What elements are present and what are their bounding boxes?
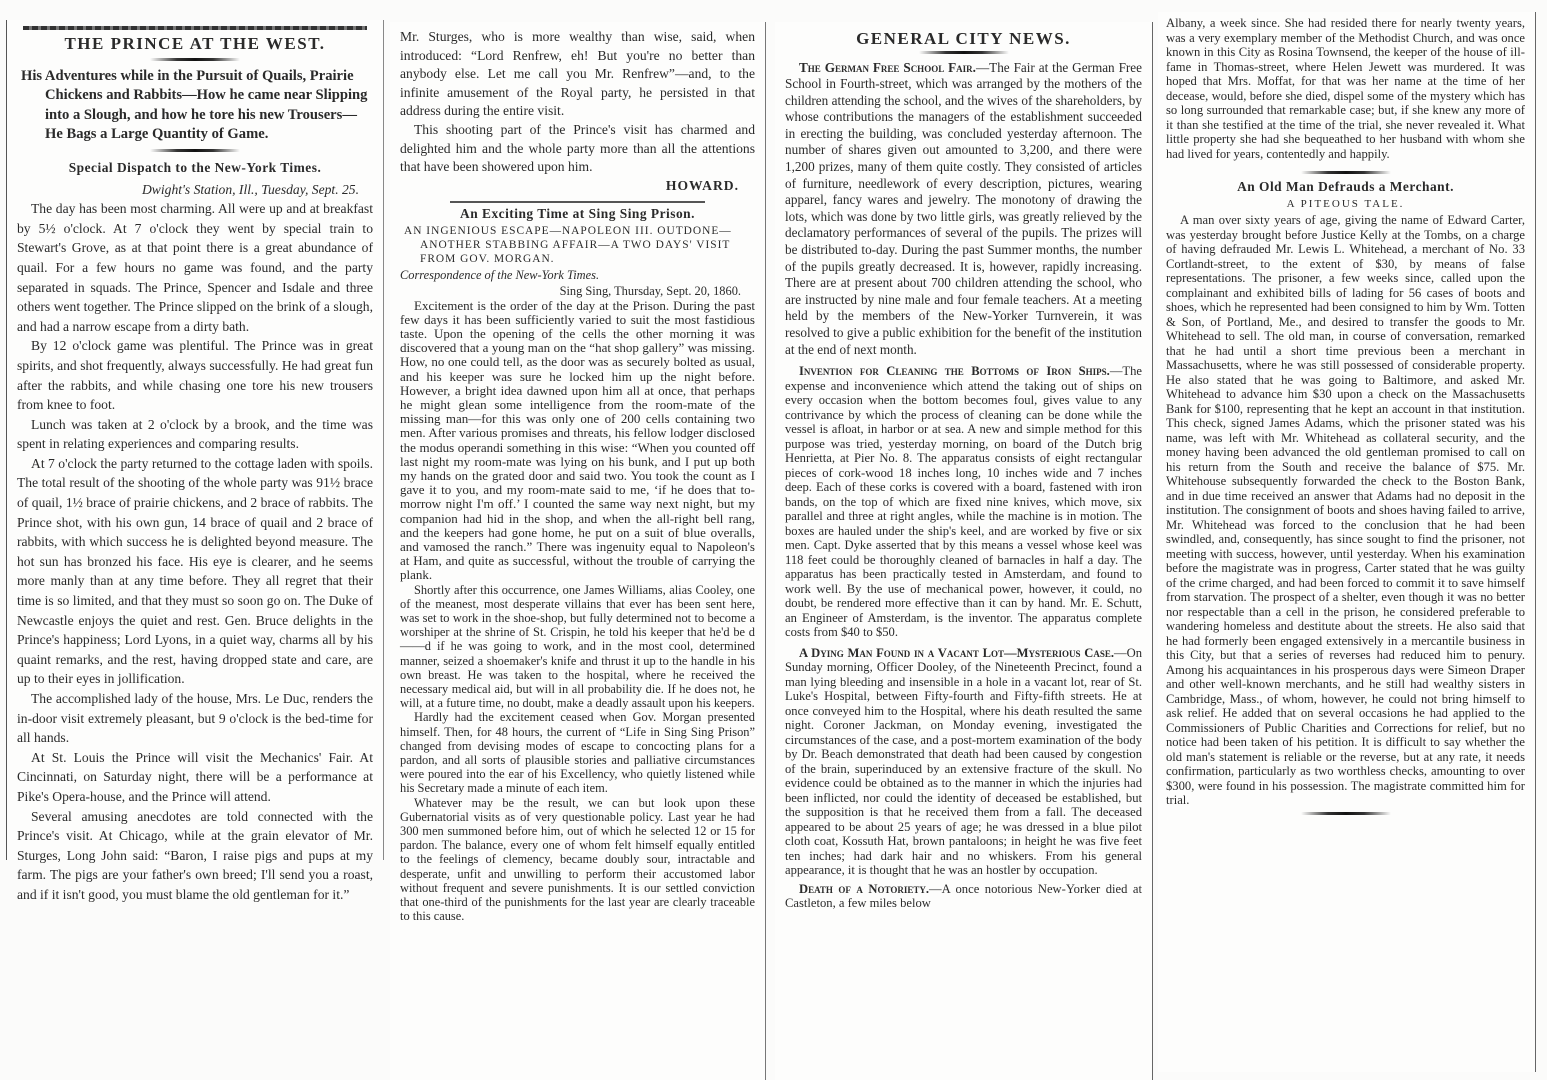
article-deck: His Adventures while in the Pursuit of Q…	[17, 67, 373, 145]
news-item: A Dying Man Found in a Vacant Lot—Myster…	[785, 646, 1142, 878]
article-title: An Old Man Defrauds a Merchant.	[1166, 180, 1525, 195]
news-item-lead: Death of a Notoriety.	[799, 882, 929, 896]
divider-rule	[450, 201, 705, 203]
news-item-lead: Invention for Cleaning the Bottoms of Ir…	[799, 364, 1110, 378]
dispatch-line: Special Dispatch to the New-York Times.	[17, 158, 373, 178]
article-subhead: AN INGENIOUS ESCAPE—NAPOLEON III. OUTDON…	[400, 224, 755, 267]
masthead-rule	[23, 26, 367, 30]
ornament-divider	[150, 149, 240, 152]
ornament-divider	[150, 58, 240, 61]
paragraph: Whatever may be the result, we can but l…	[400, 796, 755, 924]
paragraph: Lunch was taken at 2 o'clock by a brook,…	[17, 415, 373, 454]
paragraph: The accomplished lady of the house, Mrs.…	[17, 689, 373, 748]
paragraph: A man over sixty years of age, giving th…	[1166, 213, 1525, 808]
ornament-divider	[919, 51, 1009, 54]
column-4-old-man-defrauds: Albany, a week since. She had resided th…	[1158, 12, 1536, 1072]
column-2-sing-sing: Mr. Sturges, who is more wealthy than wi…	[390, 22, 766, 1080]
paragraph: Mr. Sturges, who is more wealthy than wi…	[400, 28, 755, 121]
paragraph: Excitement is the order of the day at th…	[400, 299, 755, 583]
ornament-divider	[1301, 812, 1391, 815]
ornament-divider	[1301, 171, 1391, 174]
paragraph: Several amusing anecdotes are told conne…	[17, 807, 373, 905]
paragraph: Shortly after this occurrence, one James…	[400, 583, 755, 711]
correspondence-line: Correspondence of the New-York Times.	[400, 268, 755, 282]
paragraph: Hardly had the excitement ceased when Go…	[400, 710, 755, 795]
signature: HOWARD.	[400, 177, 755, 196]
article-title: An Exciting Time at Sing Sing Prison.	[400, 207, 755, 221]
dateline: Dwight's Station, Ill., Tuesday, Sept. 2…	[17, 180, 373, 200]
paragraph: At 7 o'clock the party returned to the c…	[17, 454, 373, 689]
paragraph: At St. Louis the Prince will visit the M…	[17, 748, 373, 807]
continuation-block: Mr. Sturges, who is more wealthy than wi…	[400, 28, 755, 195]
dateline: Sing Sing, Thursday, Sept. 20, 1860.	[400, 284, 755, 298]
paragraph: Albany, a week since. She had resided th…	[1166, 16, 1525, 161]
news-item-text: —The Fair at the German Free School in F…	[785, 60, 1142, 357]
paragraph: The day has been most charming. All were…	[17, 199, 373, 336]
news-item-lead: A Dying Man Found in a Vacant Lot—Myster…	[799, 646, 1114, 660]
news-item: The German Free School Fair.—The Fair at…	[785, 60, 1142, 359]
news-item: Invention for Cleaning the Bottoms of Ir…	[785, 364, 1142, 640]
news-item-lead: The German Free School Fair.	[799, 60, 976, 75]
article-title: THE PRINCE AT THE WEST.	[17, 34, 373, 54]
news-item-text: —The expense and inconvenience which att…	[785, 364, 1142, 639]
news-item-text: —On Sunday morning, Officer Dooley, of t…	[785, 646, 1142, 878]
section-title: GENERAL CITY NEWS.	[785, 32, 1142, 47]
news-item: Death of a Notoriety.—A once notorious N…	[785, 882, 1142, 911]
paragraph: By 12 o'clock game was plentiful. The Pr…	[17, 336, 373, 414]
paragraph: This shooting part of the Prince's visit…	[400, 121, 755, 177]
column-1-prince-at-the-west: THE PRINCE AT THE WEST. His Adventures w…	[6, 20, 384, 860]
article-subtitle: A PITEOUS TALE.	[1166, 197, 1525, 212]
column-3-general-city-news: GENERAL CITY NEWS. The German Free Schoo…	[775, 22, 1153, 1080]
